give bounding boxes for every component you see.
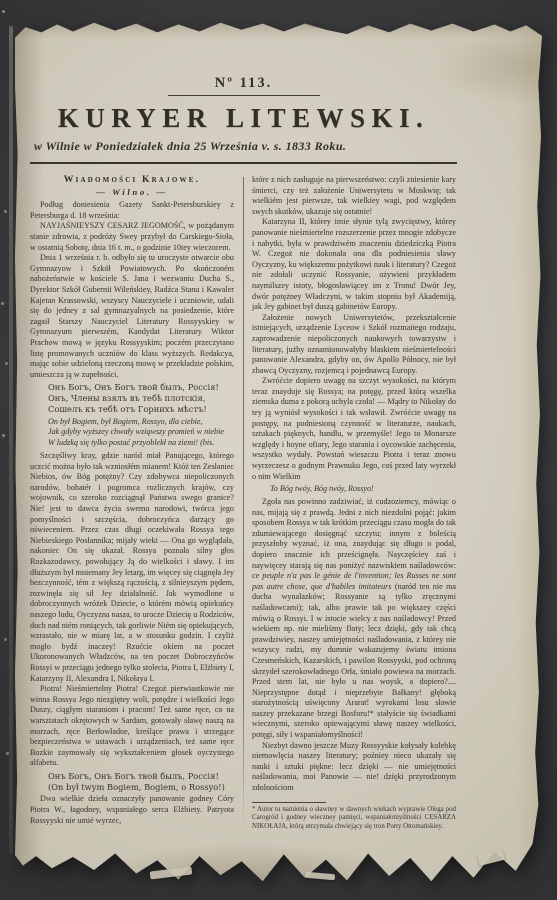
paragraph-foreigners-text-2: (naród ten nie ma ducha wynalazków; Ross… <box>252 582 456 739</box>
footnote: * Autor tu namienia o sławney w dawnych … <box>252 806 456 832</box>
paragraph-elzbieta: Dwa wielkie dzieła oznaczyły panowanie g… <box>30 794 234 826</box>
masthead-rule <box>30 162 457 164</box>
paragraph-emperor: NAYJAŚNIEYSZY CESARZ JEGOMOŚĆ, w pożądan… <box>30 221 234 253</box>
paragraph-nikolay: Zwróćcie dopiero uwagę na szczyt wysokoś… <box>252 376 456 482</box>
paragraph-founding: Założenie nowych Uniwersytetów, przekszt… <box>252 313 456 377</box>
paragraph-katarzyna: Katarzyna II, którey imie słynie tylą zw… <box>252 217 456 312</box>
printed-area: Nº 113. KURYER LITEWSKI. w Wilnie w Poni… <box>30 75 457 831</box>
paragraph-schools: Dnia 1 września r. b. odbyło się tu uroc… <box>30 253 234 380</box>
underlying-page-edge <box>9 26 13 854</box>
right-column: które z nich zasługuje na pierwszeństwo:… <box>252 175 456 831</box>
masthead-title: KURYER LITEWSKI. <box>30 103 457 134</box>
issue-number-rule <box>168 95 320 96</box>
verse-polish-refrain: To Bóg twóy, Bóg twóy, Rossyo! <box>270 484 456 495</box>
paragraph-intro: Podług doniesienia Gazety Sankt-Petersbu… <box>30 200 234 221</box>
verse-cyrillic-1: Онъ Богъ, Онъ Богъ твой былъ, Россія! Он… <box>48 382 234 414</box>
newspaper-sheet-wrapper: Nº 113. KURYER LITEWSKI. w Wilnie w Poni… <box>15 15 542 883</box>
verse-cyrillic-2: Онъ Богъ, Онъ Богъ твой былъ, Россія! (O… <box>48 771 234 793</box>
section-heading: Wiadomości Krajowe. <box>30 175 234 186</box>
edge-debris <box>2 10 5 13</box>
paragraph-speech: Szczęśliwy kray, gdzie naród miał Panują… <box>30 451 234 684</box>
dateline: w Wilnie w Poniedziałek dnia 25 Września… <box>34 139 457 154</box>
paragraph-foreigners: Zgoła nas powinno zadziwiać, iż cudzozie… <box>252 497 456 741</box>
paragraph-piotr: Piotra! Nieśmiertelny Piotra! Czegoż pie… <box>30 684 234 769</box>
paragraph-foreigners-text-1: Zgoła nas powinno zadziwiać, iż cudzozie… <box>252 497 456 570</box>
newspaper-page: Nº 113. KURYER LITEWSKI. w Wilnie w Poni… <box>15 15 542 883</box>
place-heading: — Wilno. — <box>30 187 234 198</box>
issue-number: Nº 113. <box>30 75 457 92</box>
verse-polish-1: On był Bogiem, był Bogiem, Rossyo, dla c… <box>48 417 234 449</box>
text-columns: Wiadomości Krajowe. — Wilno. — Podług do… <box>30 175 457 831</box>
left-column: Wiadomości Krajowe. — Wilno. — Podług do… <box>30 175 234 831</box>
paragraph-continuation: które z nich zasługuje na pierwszeństwo:… <box>252 175 456 217</box>
column-divider-rule <box>243 177 244 831</box>
footnote-rule <box>252 802 326 803</box>
paragraph-muses: Niezbyt dawno jeszcze Muzy Rossyyskie ko… <box>252 741 456 794</box>
